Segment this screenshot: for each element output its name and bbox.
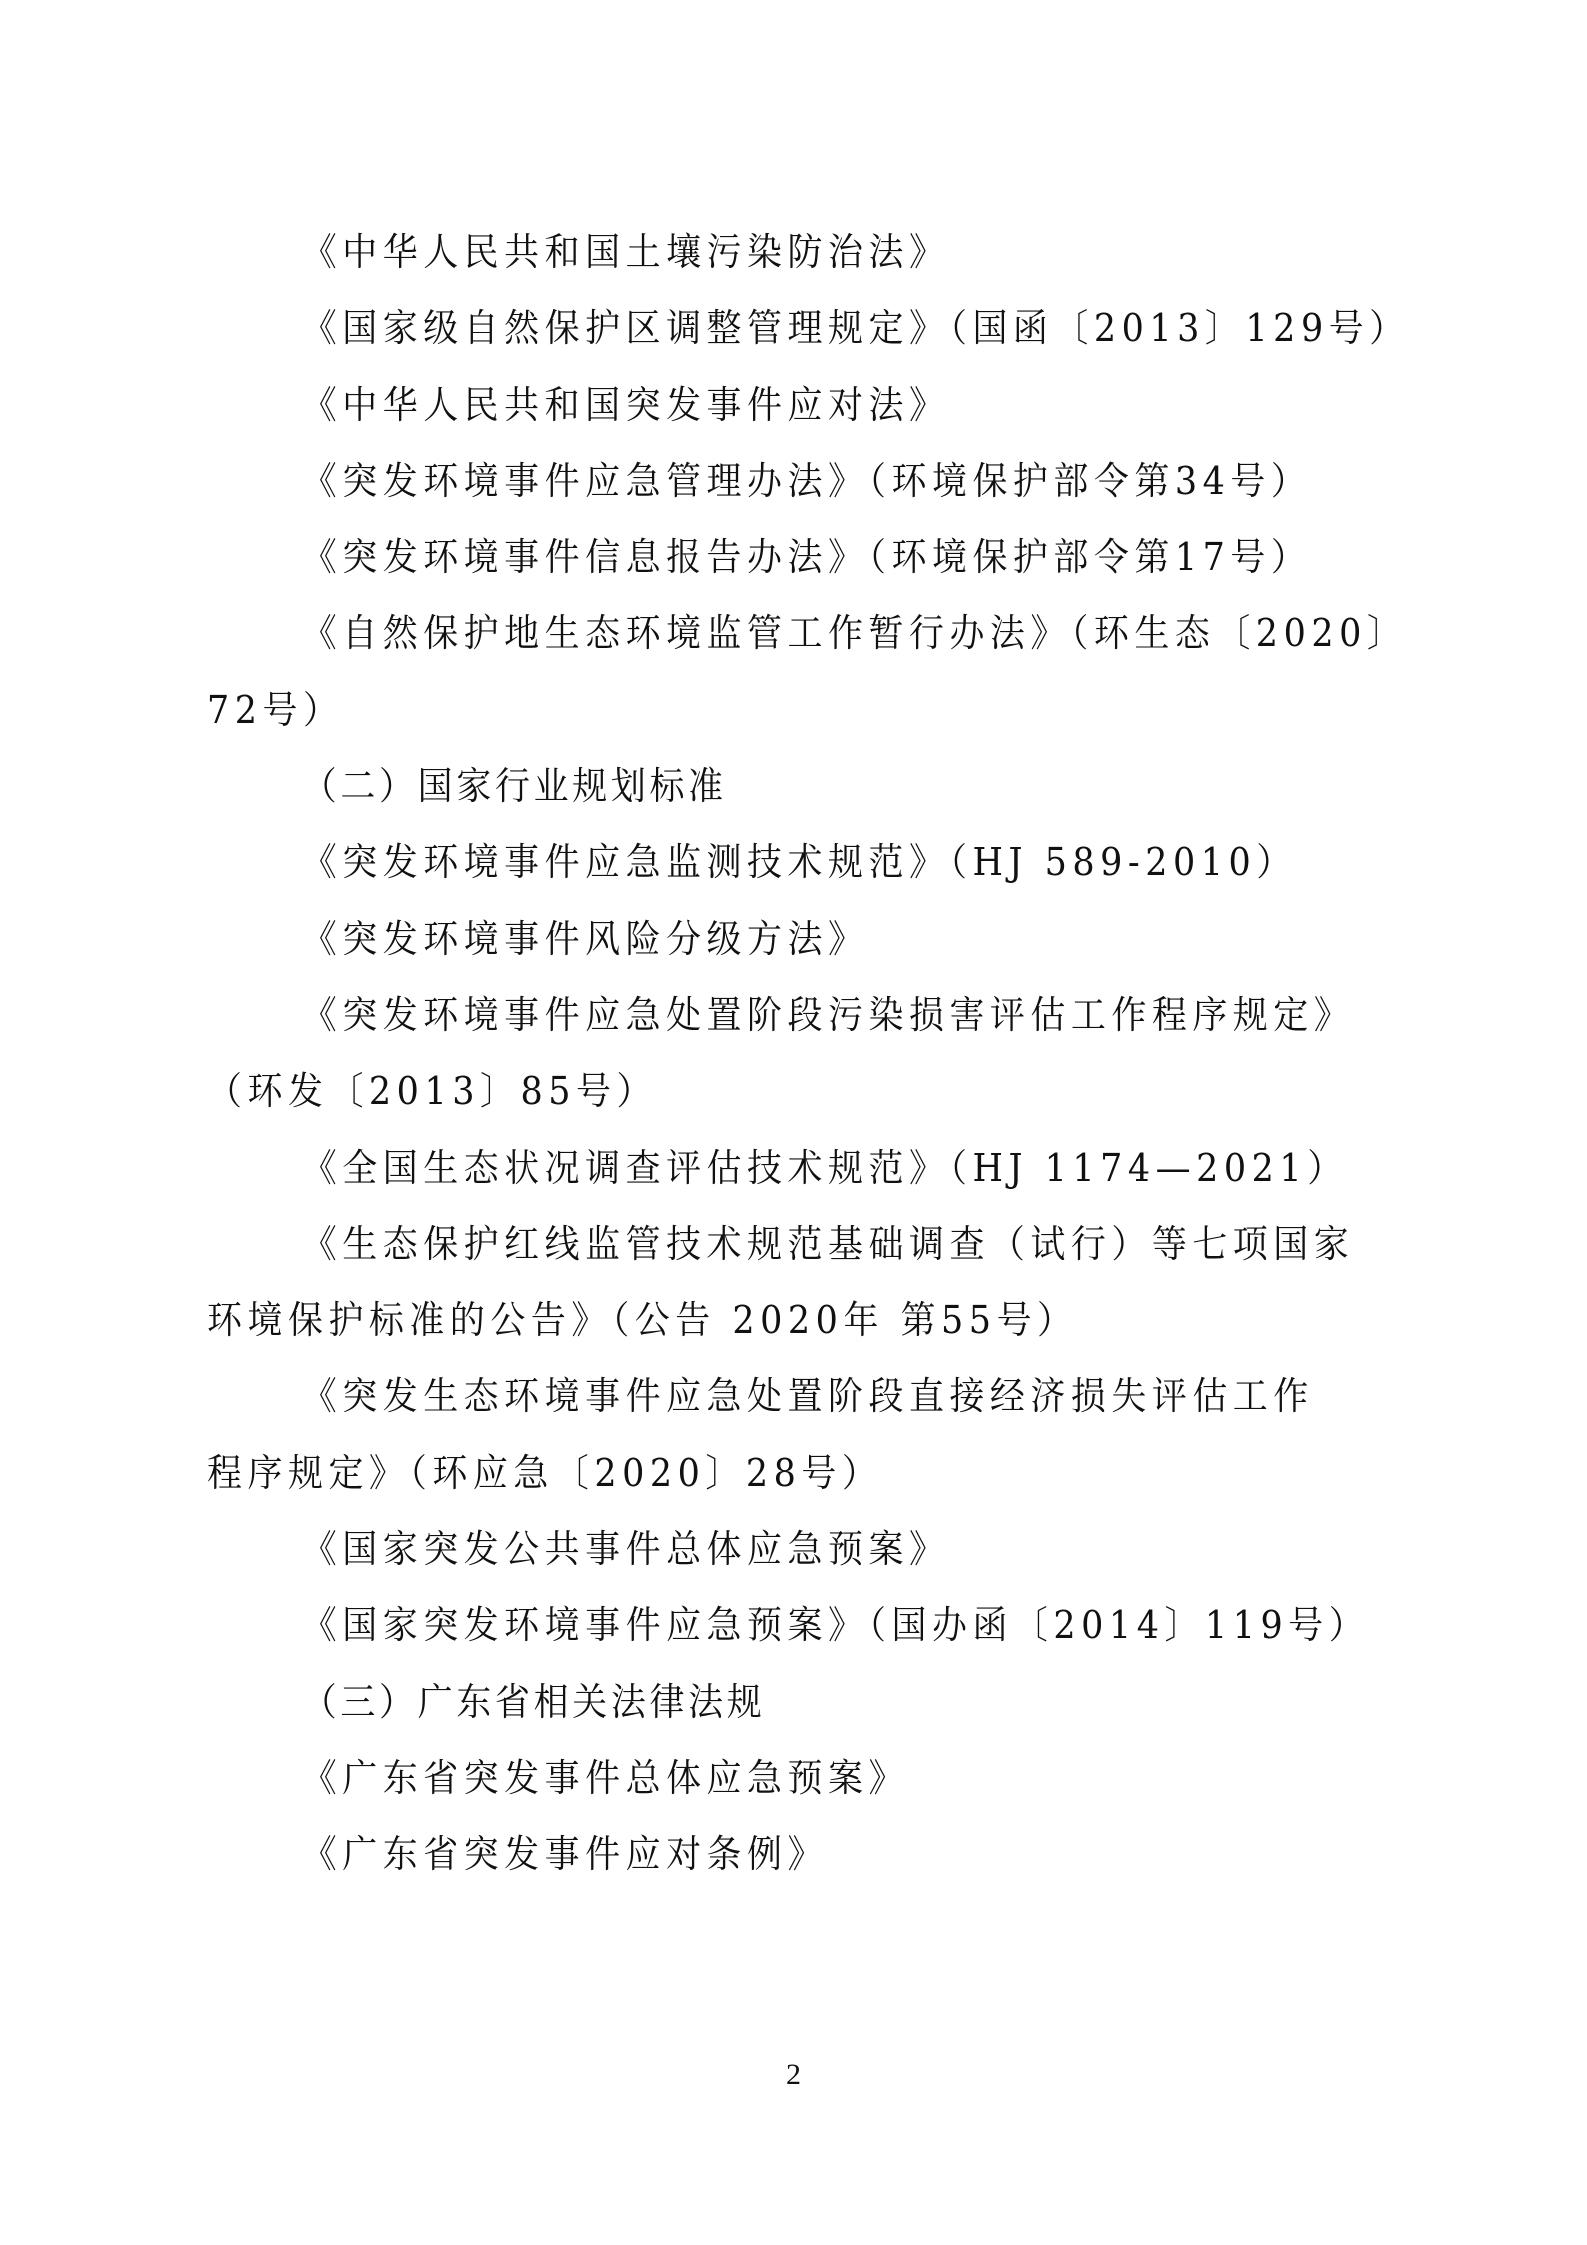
list-item-continuation: 72号）	[207, 680, 1293, 756]
list-item: 《国家突发公共事件总体应急预案》	[207, 1519, 1293, 1595]
section-heading-guangdong-regulations: （三）广东省相关法律法规	[207, 1672, 1293, 1748]
list-item: 《中华人民共和国突发事件应对法》	[207, 375, 1293, 451]
list-item-continuation: 环境保护标准的公告》（公告 2020年 第55号）	[207, 1290, 1293, 1366]
list-item: 《自然保护地生态环境监管工作暂行办法》（环生态〔2020〕	[207, 603, 1293, 679]
list-item: 《国家突发环境事件应急预案》（国办函〔2014〕119号）	[207, 1595, 1293, 1671]
list-item: 《广东省突发事件总体应急预案》	[207, 1748, 1293, 1824]
list-item: 《中华人民共和国土壤污染防治法》	[207, 222, 1293, 298]
list-item: 《突发生态环境事件应急处置阶段直接经济损失评估工作	[207, 1366, 1293, 1442]
list-item: 《国家级自然保护区调整管理规定》（国函〔2013〕129号）	[207, 298, 1293, 374]
list-item: 《突发环境事件应急处置阶段污染损害评估工作程序规定》	[207, 985, 1293, 1061]
document-body: 《中华人民共和国土壤污染防治法》 《国家级自然保护区调整管理规定》（国函〔201…	[207, 222, 1387, 1901]
list-item: 《生态保护红线监管技术规范基础调查（试行）等七项国家	[207, 1214, 1293, 1290]
list-item: 《全国生态状况调查评估技术规范》（HJ 1174—2021）	[207, 1138, 1293, 1214]
page-number: 2	[0, 2058, 1587, 2092]
list-item-continuation: 程序规定》（环应急〔2020〕28号）	[207, 1443, 1293, 1519]
list-item-continuation: （环发〔2013〕85号）	[207, 1061, 1293, 1137]
list-item: 《突发环境事件风险分级方法》	[207, 909, 1293, 985]
list-item: 《突发环境事件应急管理办法》（环境保护部令第34号）	[207, 451, 1293, 527]
list-item: 《突发环境事件信息报告办法》（环境保护部令第17号）	[207, 527, 1293, 603]
list-item: 《突发环境事件应急监测技术规范》（HJ 589-2010）	[207, 832, 1293, 908]
section-heading-national-standards: （二）国家行业规划标准	[207, 756, 1293, 832]
list-item: 《广东省突发事件应对条例》	[207, 1824, 1293, 1900]
